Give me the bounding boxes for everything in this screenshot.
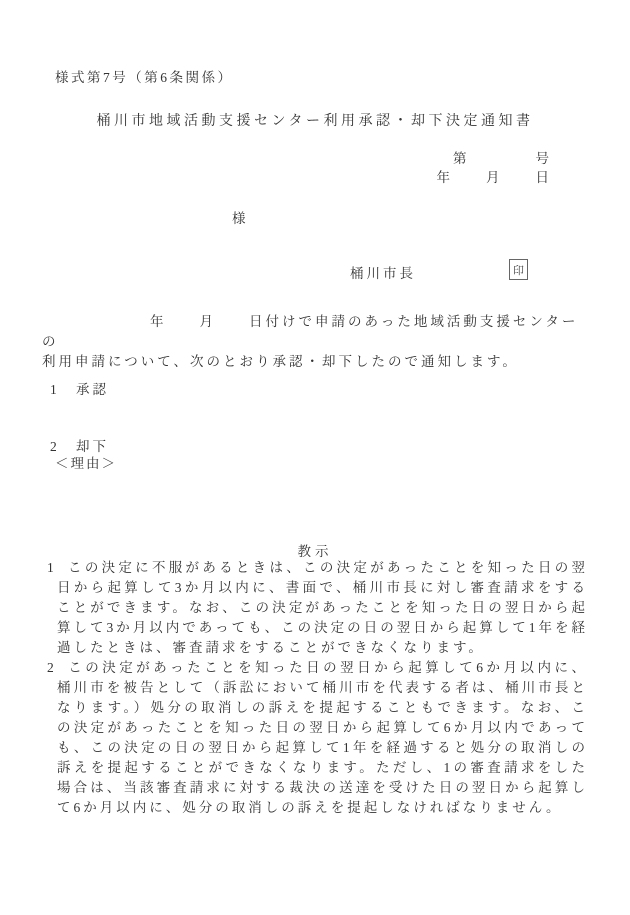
decision-item-approve: 1承認 bbox=[50, 378, 109, 398]
reason-label: ＜理由＞ bbox=[55, 452, 117, 472]
document-number-line: 第 号 bbox=[437, 149, 553, 168]
number-date-block: 第 号 年 月 日 bbox=[437, 149, 553, 187]
kyoji-item-1-text: この決定に不服があるときは、この決定があったことを知った日の翌日から起算して3か… bbox=[57, 560, 588, 655]
kyoji-item-2-text: この決定があったことを知った日の翌日から起算して6か月以内に、桶川市を被告として… bbox=[57, 660, 588, 815]
document-page: 様式第7号（第6条関係） 桶川市地域活動支援センター利用承認・却下決定通知書 第… bbox=[0, 0, 630, 915]
kyoji-item-1-number: 1 bbox=[47, 560, 54, 575]
issue-date-line: 年 月 日 bbox=[437, 168, 553, 187]
seal-mark-icon: 印 bbox=[509, 259, 528, 280]
decision-item-approve-label: 承認 bbox=[76, 382, 109, 397]
kyoji-item-2-number: 2 bbox=[47, 660, 54, 675]
document-title: 桶川市地域活動支援センター利用承認・却下決定通知書 bbox=[0, 110, 630, 130]
notification-line-2: 利用申請について、次のとおり承認・却下したので通知します。 bbox=[42, 352, 590, 372]
kyoji-list: 1この決定に不服があるときは、この決定があったことを知った日の翌日から起算して3… bbox=[42, 558, 588, 818]
decision-item-approve-number: 1 bbox=[50, 382, 62, 398]
addressee-honorific: 様 bbox=[232, 207, 249, 227]
form-number: 様式第7号（第6条関係） bbox=[55, 66, 234, 86]
issuer-name: 桶川市長 bbox=[350, 262, 416, 282]
kyoji-item-2: 2この決定があったことを知った日の翌日から起算して6か月以内に、桶川市を被告とし… bbox=[42, 658, 588, 818]
kyoji-item-1: 1この決定に不服があるときは、この決定があったことを知った日の翌日から起算して3… bbox=[42, 558, 588, 658]
notification-paragraph: 年 月 日付けで申請のあった地域活動支援センターの 利用申請について、次のとおり… bbox=[42, 312, 590, 372]
notification-line-1: 年 月 日付けで申請のあった地域活動支援センターの bbox=[42, 312, 590, 352]
kyoji-heading: 教示 bbox=[0, 540, 630, 560]
